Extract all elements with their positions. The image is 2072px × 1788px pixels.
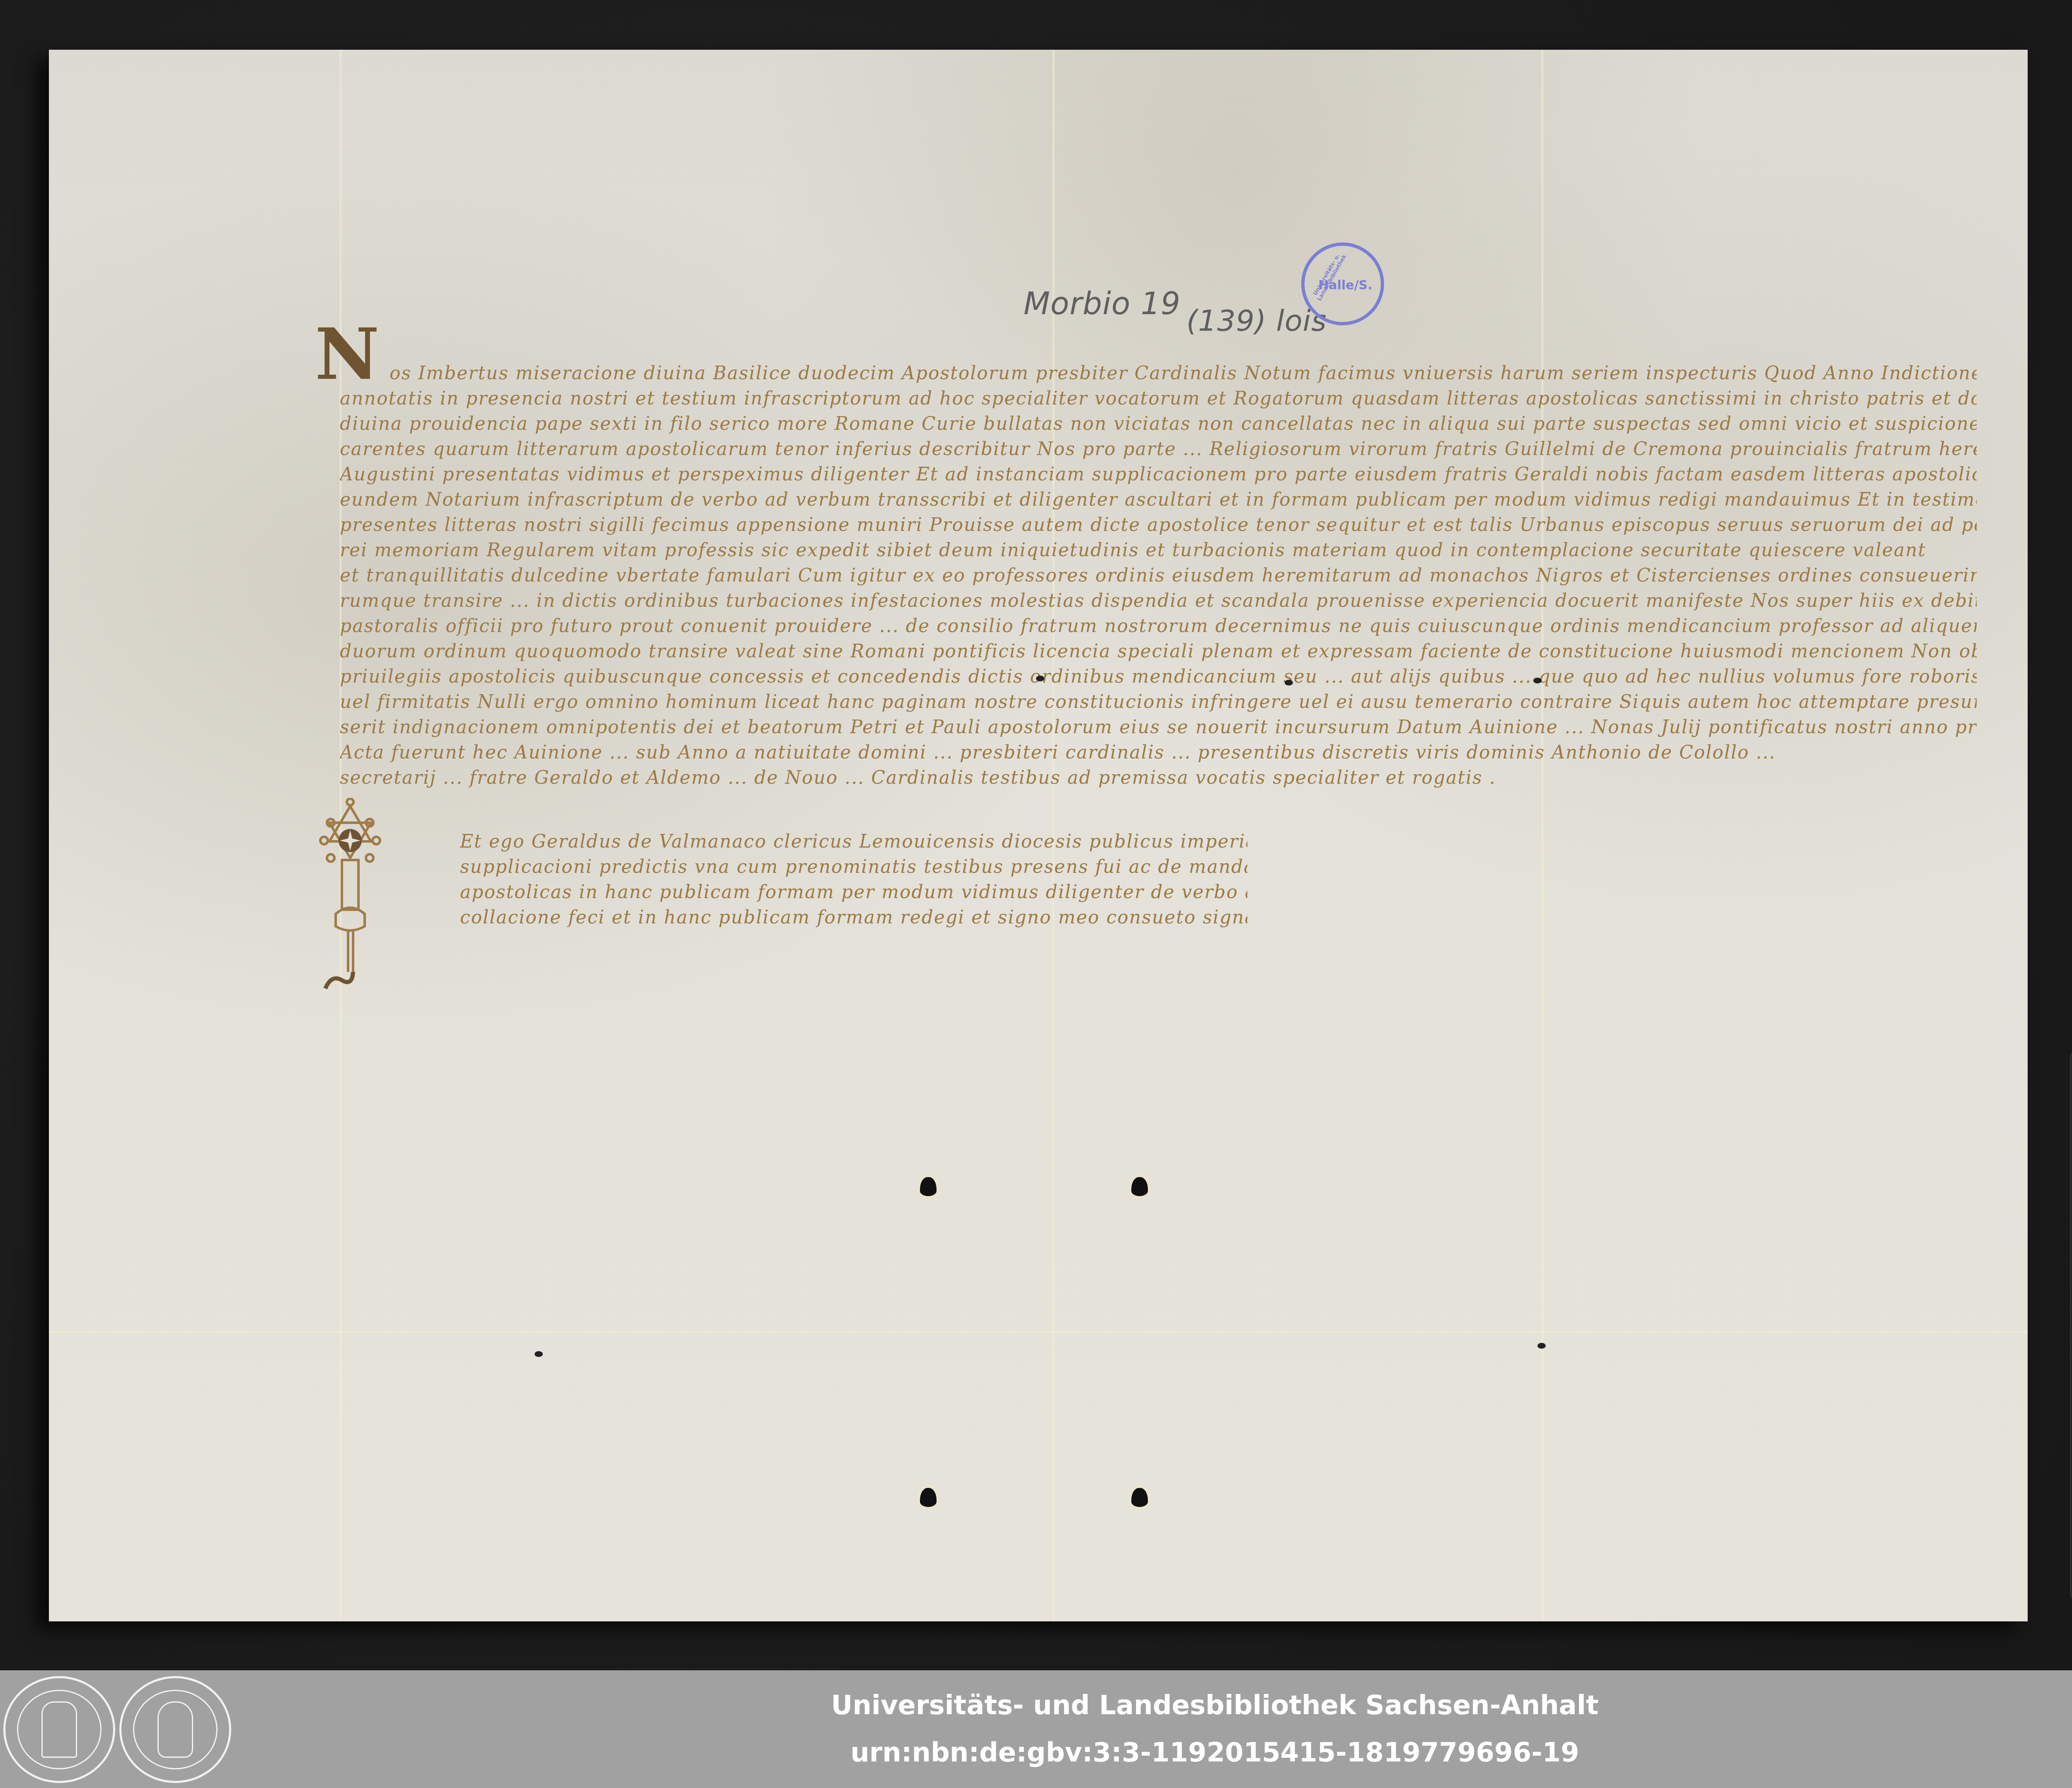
stamp-center-text: Halle/S. (1307, 278, 1383, 293)
text-line: Et ego Geraldus de Valmanaco clericus Le… (460, 829, 1247, 854)
fold-line (1541, 50, 1544, 1621)
text-line: collacione feci et in hanc publicam form… (460, 905, 1247, 930)
seal-hole (920, 1177, 937, 1196)
seal-hole (535, 1351, 543, 1357)
text-line: pastoralis officii pro futuro prout conu… (340, 613, 1977, 639)
seal-hole (1537, 1343, 1546, 1349)
text-line: et tranquillitatis dulcedine vbertate fa… (340, 563, 1977, 588)
text-line: secretarij ... fratre Geraldo et Aldemo … (340, 765, 1500, 790)
seal-hole (920, 1488, 937, 1507)
pencil-annotation: Morbio 19(139) lois (1024, 286, 1327, 322)
notary-signet-icon (319, 798, 381, 993)
text-line: rumque transire ... in dictis ordinibus … (340, 588, 1977, 613)
seal-hole (1533, 678, 1542, 683)
text-line: Acta fuerunt hec Auinione ... sub Anno a… (340, 740, 1977, 765)
seal-hole (1036, 676, 1044, 681)
text-line: os Imbertus miseracione diuina Basilice … (340, 361, 1977, 386)
text-line: rei memoriam Regularem vitam professis s… (340, 538, 1977, 563)
text-line: duorum ordinum quoquomodo transire valea… (340, 639, 1977, 664)
notary-subscription-text: Et ego Geraldus de Valmanaco clericus Le… (460, 829, 1289, 930)
text-line: uel firmitatis Nulli ergo omnino hominum… (340, 689, 1977, 715)
seal-hole (1131, 1488, 1148, 1507)
text-line: supplicacioni predictis vna cum prenomin… (460, 854, 1247, 879)
urn-identifier: urn:nbn:de:gbv:3:3-1192015415-1819779696… (0, 1737, 2072, 1768)
text-line: carentes quarum litterarum apostolicarum… (340, 436, 1977, 462)
pencil-annotation-subtext: (139) lois (1186, 304, 1327, 338)
text-line: diuina prouidencia pape sexti in filo se… (340, 411, 1977, 436)
institution-name: Universitäts- und Landesbibliothek Sachs… (0, 1690, 2072, 1721)
seal-hole (1131, 1177, 1148, 1196)
charter-main-text: os Imbertus miseracione diuina Basilice … (340, 361, 1977, 790)
text-line: presentes litteras nostri sigilli fecimu… (340, 512, 1977, 538)
footer-bar: Universitäts- und Landesbibliothek Sachs… (0, 1670, 2072, 1788)
fold-line (49, 1330, 2028, 1334)
text-line: priuilegiis apostolicis quibuscunque con… (340, 664, 1977, 689)
pencil-annotation-text: Morbio 19 (1024, 286, 1181, 322)
text-line: Augustini presentatas vidimus et perspex… (340, 462, 1977, 487)
text-line: apostolicas in hanc publicam formam per … (460, 879, 1247, 905)
text-line: annotatis in presencia nostri et testium… (340, 386, 1977, 411)
seal-hole (1285, 680, 1293, 686)
text-line: serit indignacionem omnipotentis dei et … (340, 715, 1977, 740)
text-line: eundem Notarium infrascriptum de verbo a… (340, 487, 1977, 512)
